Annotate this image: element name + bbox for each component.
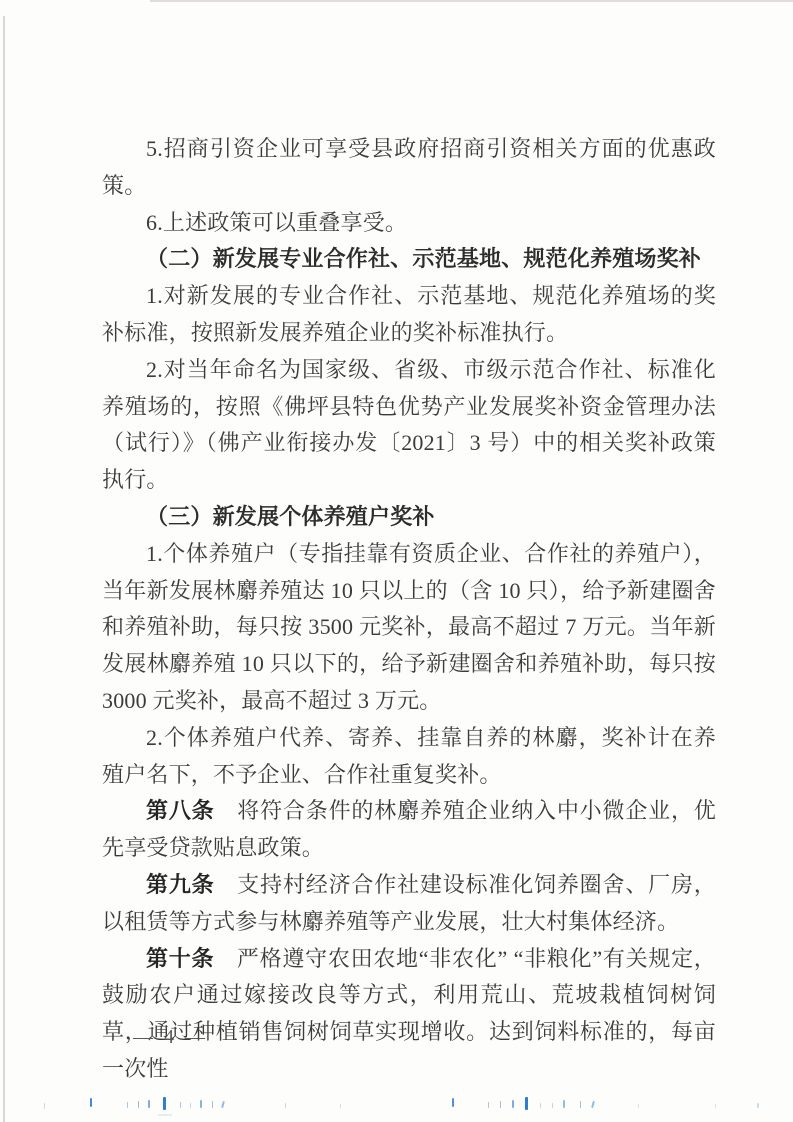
scan-mark [512, 1100, 514, 1108]
scan-mark [563, 1100, 565, 1108]
scan-mark [638, 1104, 639, 1108]
scan-mark [212, 1101, 213, 1108]
scan-mark [552, 1103, 553, 1108]
scan-mark [200, 1100, 202, 1108]
scan-mark [163, 1097, 166, 1110]
scan-mark [138, 1101, 139, 1108]
scan-mark [221, 1101, 225, 1108]
scan-mark [540, 1103, 541, 1108]
scan-mark [500, 1101, 501, 1108]
scan-mark [591, 1101, 595, 1108]
scan-mark [452, 1098, 454, 1107]
scan-mark [158, 1114, 172, 1116]
scan-mark [525, 1097, 528, 1110]
scan-mark [44, 1103, 45, 1109]
scan-mark [285, 1103, 286, 1108]
scan-mark [190, 1103, 191, 1108]
scan-mark [757, 1103, 759, 1108]
scan-mark [340, 1104, 341, 1108]
scan-mark [715, 1104, 716, 1108]
scan-mark [148, 1100, 150, 1108]
scan-mark [580, 1101, 581, 1108]
scan-mark [90, 1098, 92, 1107]
document-page: 5.招商引资企业可享受县政府招商引资相关方面的优惠政策。6.上述政策可以重叠享受… [0, 0, 793, 1122]
scan-artifacts [0, 0, 793, 1122]
scan-mark [180, 1102, 181, 1108]
scan-mark [488, 1102, 489, 1108]
scan-mark [127, 1102, 128, 1108]
